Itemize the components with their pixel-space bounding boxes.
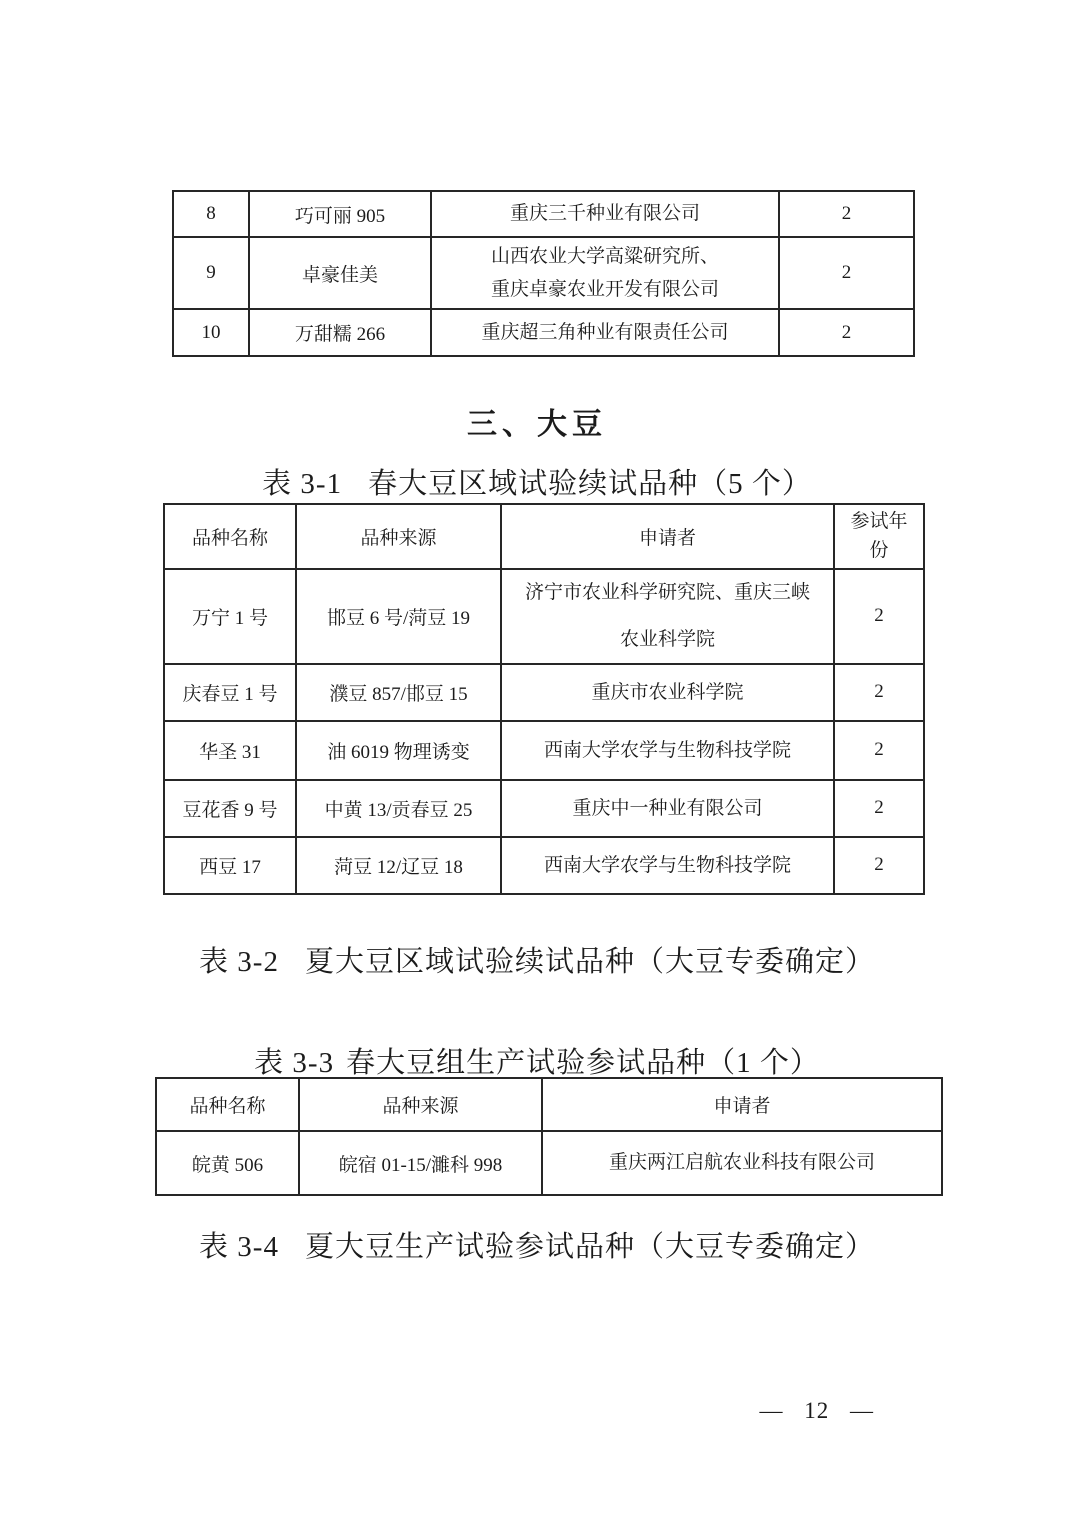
cell-variety-name: 万宁 1 号 xyxy=(164,569,296,664)
table-caption-text: 春大豆组生产试验参试品种（1 个） xyxy=(346,1047,820,1079)
sorghum-continued-table: 8 巧可丽 905 重庆三千种业有限公司 2 9 卓豪佳美 山西农业大学高粱研究… xyxy=(172,190,915,357)
cell-serial-number: 10 xyxy=(173,309,249,356)
cell-variety-name: 华圣 31 xyxy=(164,721,296,780)
applicant-line: 重庆两江启航农业科技有限公司 xyxy=(547,1150,937,1176)
table-caption-number: 表 3-2 xyxy=(199,946,279,978)
table-caption-text: 春大豆区域试验续试品种（5 个） xyxy=(368,468,812,500)
header-applicant: 申请者 xyxy=(501,504,834,569)
cell-trial-years: 2 xyxy=(834,837,924,894)
cell-applicant: 重庆两江启航农业科技有限公司 xyxy=(542,1131,942,1195)
applicant-line: 重庆三千种业有限公司 xyxy=(436,201,774,227)
cell-applicant: 重庆三千种业有限公司 xyxy=(431,191,779,237)
applicant-line: 农业科学院 xyxy=(506,627,829,653)
cell-variety-name: 皖黄 506 xyxy=(156,1131,299,1195)
spring-soybean-production-trial-table: 品种名称 品种来源 申请者 皖黄 506 皖宿 01-15/濉科 998 重庆两… xyxy=(155,1077,943,1196)
section-heading: 三、大豆 xyxy=(0,399,1074,443)
table-row: 万宁 1 号 邯豆 6 号/菏豆 19 济宁市农业科学研究院、重庆三峡 农业科学… xyxy=(164,569,924,664)
header-variety-source: 品种来源 xyxy=(299,1078,542,1131)
table-row: 西豆 17 菏豆 12/辽豆 18 西南大学农学与生物科技学院 2 xyxy=(164,837,924,894)
applicant-line: 西南大学农学与生物科技学院 xyxy=(506,853,829,879)
cell-trial-years: 2 xyxy=(834,780,924,837)
applicant-line: 西南大学农学与生物科技学院 xyxy=(506,738,829,764)
table-3-2-caption: 表 3-2夏大豆区域试验续试品种（大豆专委确定） xyxy=(0,939,1074,980)
cell-variety-name: 庆春豆 1 号 xyxy=(164,664,296,721)
cell-applicant: 重庆市农业科学院 xyxy=(501,664,834,721)
table-row: 9 卓豪佳美 山西农业大学高粱研究所、 重庆卓豪农业开发有限公司 2 xyxy=(173,237,914,309)
header-variety-name: 品种名称 xyxy=(164,504,296,569)
header-variety-name: 品种名称 xyxy=(156,1078,299,1131)
applicant-line: 重庆市农业科学院 xyxy=(506,680,829,706)
cell-trial-years: 2 xyxy=(834,569,924,664)
table-caption-text: 夏大豆区域试验续试品种（大豆专委确定） xyxy=(305,946,875,978)
table-row: 8 巧可丽 905 重庆三千种业有限公司 2 xyxy=(173,191,914,237)
cell-trial-years: 2 xyxy=(834,721,924,780)
cell-variety-name: 万甜糯 266 xyxy=(249,309,431,356)
table-3-3-caption: 表 3-3春大豆组生产试验参试品种（1 个） xyxy=(0,1040,1074,1081)
table-row: 10 万甜糯 266 重庆超三角种业有限责任公司 2 xyxy=(173,309,914,356)
cell-applicant: 重庆中一种业有限公司 xyxy=(501,780,834,837)
cell-applicant: 重庆超三角种业有限责任公司 xyxy=(431,309,779,356)
cell-trial-years: 2 xyxy=(779,191,914,237)
table-caption-number: 表 3-4 xyxy=(199,1231,279,1263)
cell-variety-source: 中黄 13/贡春豆 25 xyxy=(296,780,501,837)
applicant-line: 重庆超三角种业有限责任公司 xyxy=(436,320,774,346)
cell-applicant: 西南大学农学与生物科技学院 xyxy=(501,721,834,780)
table-row: 皖黄 506 皖宿 01-15/濉科 998 重庆两江启航农业科技有限公司 xyxy=(156,1131,942,1195)
cell-applicant: 山西农业大学高粱研究所、 重庆卓豪农业开发有限公司 xyxy=(431,237,779,309)
cell-trial-years: 2 xyxy=(779,309,914,356)
table-caption-number: 表 3-1 xyxy=(262,468,342,500)
table-row: 豆花香 9 号 中黄 13/贡春豆 25 重庆中一种业有限公司 2 xyxy=(164,780,924,837)
header-trial-years: 参试年份 xyxy=(834,504,924,569)
cell-trial-years: 2 xyxy=(779,237,914,309)
table-row: 华圣 31 油 6019 物理诱变 西南大学农学与生物科技学院 2 xyxy=(164,721,924,780)
header-trial-years-label: 参试年份 xyxy=(847,507,911,566)
table-3-1-caption: 表 3-1春大豆区域试验续试品种（5 个） xyxy=(0,461,1074,502)
table-caption-text: 夏大豆生产试验参试品种（大豆专委确定） xyxy=(305,1231,875,1263)
applicant-line: 重庆中一种业有限公司 xyxy=(506,796,829,822)
table-row: 庆春豆 1 号 濮豆 857/邯豆 15 重庆市农业科学院 2 xyxy=(164,664,924,721)
applicant-line: 济宁市农业科学研究院、重庆三峡 xyxy=(506,580,829,606)
cell-trial-years: 2 xyxy=(834,664,924,721)
cell-variety-source: 菏豆 12/辽豆 18 xyxy=(296,837,501,894)
page-number: — 12 — xyxy=(760,1398,875,1424)
cell-applicant: 西南大学农学与生物科技学院 xyxy=(501,837,834,894)
document-page: 8 巧可丽 905 重庆三千种业有限公司 2 9 卓豪佳美 山西农业大学高粱研究… xyxy=(0,0,1074,1520)
table-3-4-caption: 表 3-4夏大豆生产试验参试品种（大豆专委确定） xyxy=(0,1224,1074,1265)
cell-serial-number: 9 xyxy=(173,237,249,309)
spring-soybean-regional-trial-table: 品种名称 品种来源 申请者 参试年份 万宁 1 号 邯豆 6 号/菏豆 19 济… xyxy=(163,503,925,895)
table-header-row: 品种名称 品种来源 申请者 xyxy=(156,1078,942,1131)
table-header-row: 品种名称 品种来源 申请者 参试年份 xyxy=(164,504,924,569)
cell-variety-source: 邯豆 6 号/菏豆 19 xyxy=(296,569,501,664)
cell-serial-number: 8 xyxy=(173,191,249,237)
header-applicant: 申请者 xyxy=(542,1078,942,1131)
cell-variety-name: 巧可丽 905 xyxy=(249,191,431,237)
applicant-line: 山西农业大学高粱研究所、 xyxy=(436,244,774,270)
table-caption-number: 表 3-3 xyxy=(254,1047,334,1079)
cell-variety-name: 西豆 17 xyxy=(164,837,296,894)
cell-variety-name: 卓豪佳美 xyxy=(249,237,431,309)
applicant-line: 重庆卓豪农业开发有限公司 xyxy=(436,277,774,303)
cell-variety-source: 濮豆 857/邯豆 15 xyxy=(296,664,501,721)
cell-variety-source: 油 6019 物理诱变 xyxy=(296,721,501,780)
cell-variety-source: 皖宿 01-15/濉科 998 xyxy=(299,1131,542,1195)
cell-applicant: 济宁市农业科学研究院、重庆三峡 农业科学院 xyxy=(501,569,834,664)
cell-variety-name: 豆花香 9 号 xyxy=(164,780,296,837)
header-variety-source: 品种来源 xyxy=(296,504,501,569)
